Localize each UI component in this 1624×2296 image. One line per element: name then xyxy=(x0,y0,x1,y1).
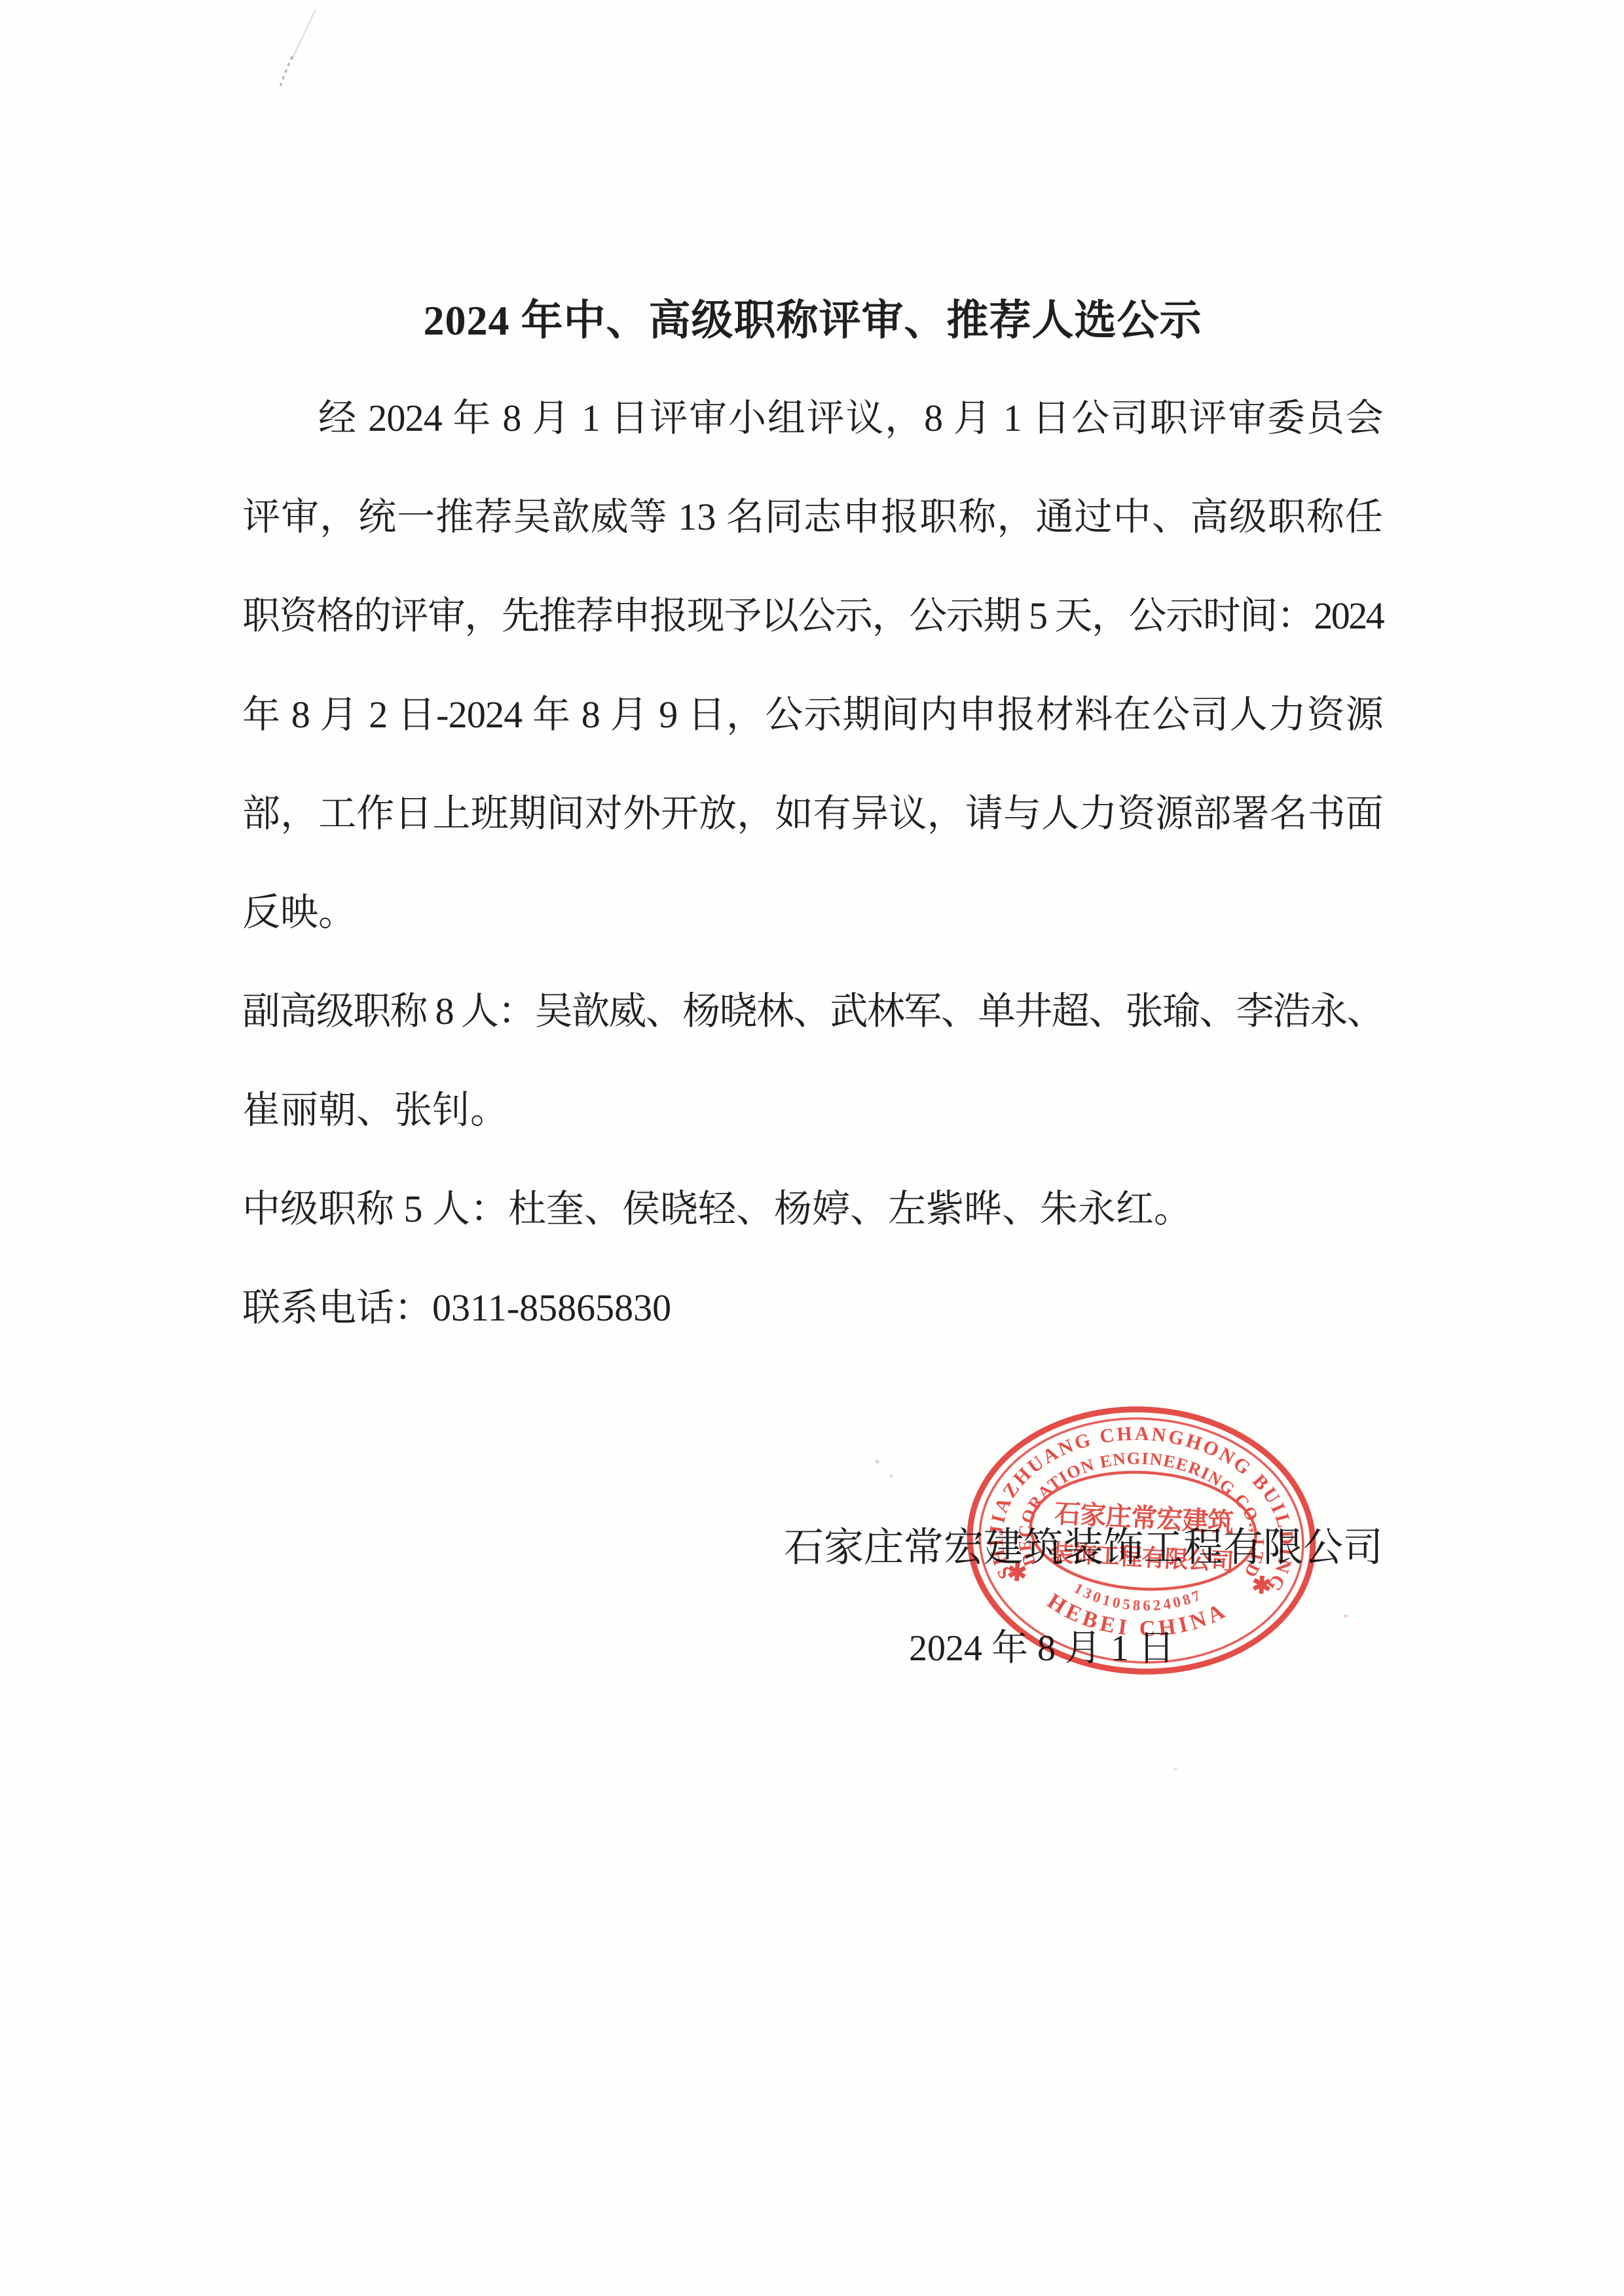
company-seal: SHIJIAZHUANG CHANGHONG BUILDING DECORATI… xyxy=(945,1387,1338,1694)
body-line: 经 2024 年 8 月 1 日评审小组评议，8 月 1 日公司职评审委员会 xyxy=(242,369,1383,467)
body-line: 崔丽朝、张钊。 xyxy=(242,1061,1383,1159)
body-line: 反映。 xyxy=(242,863,1383,962)
seal-cn-line1: 石家庄常宏建筑 xyxy=(1054,1499,1234,1537)
phone-line: 联系电话：0311-85865830 xyxy=(242,1258,1383,1357)
seal-cn-line2: 装饰工程有限公司 xyxy=(1050,1539,1234,1576)
scan-speck xyxy=(1344,1614,1348,1618)
body-line: 副高级职称 8 人：吴歆威、杨晓林、武林军、单井超、张瑜、李浩永、 xyxy=(242,962,1383,1061)
scan-speck xyxy=(874,1459,880,1464)
document-title: 2024 年中、高级职称评审、推荐人选公示 xyxy=(242,270,1383,372)
seal-arc-bottom-text: HEBEI CHINA xyxy=(1042,1588,1234,1646)
body-line: 职资格的评审，先推荐申报现予以公示，公示期 5 天，公示时间：2024 xyxy=(242,566,1383,665)
body-line: 评审，统一推荐吴歆威等 13 名同志申报职称，通过中、高级职称任 xyxy=(242,467,1383,566)
pen-mark xyxy=(262,0,354,111)
document-page: 2024 年中、高级职称评审、推荐人选公示 经 2024 年 8 月 1 日评审… xyxy=(0,0,1624,2296)
star-icon: ✱ xyxy=(1251,1572,1272,1599)
document-body: 经 2024 年 8 月 1 日评审小组评议，8 月 1 日公司职评审委员会 评… xyxy=(242,369,1383,1357)
scan-speck xyxy=(890,1474,893,1478)
body-line: 中级职称 5 人：杜奎、侯晓轻、杨婷、左紫晔、朱永红。 xyxy=(242,1159,1383,1258)
scan-speck xyxy=(1173,1768,1177,1770)
body-line: 年 8 月 2 日-2024 年 8 月 9 日，公示期间内申报材料在公司人力资… xyxy=(242,665,1383,764)
body-line: 部，工作日上班期间对外开放，如有异议，请与人力资源部署名书面 xyxy=(242,764,1383,863)
star-icon: ✱ xyxy=(1006,1559,1027,1586)
